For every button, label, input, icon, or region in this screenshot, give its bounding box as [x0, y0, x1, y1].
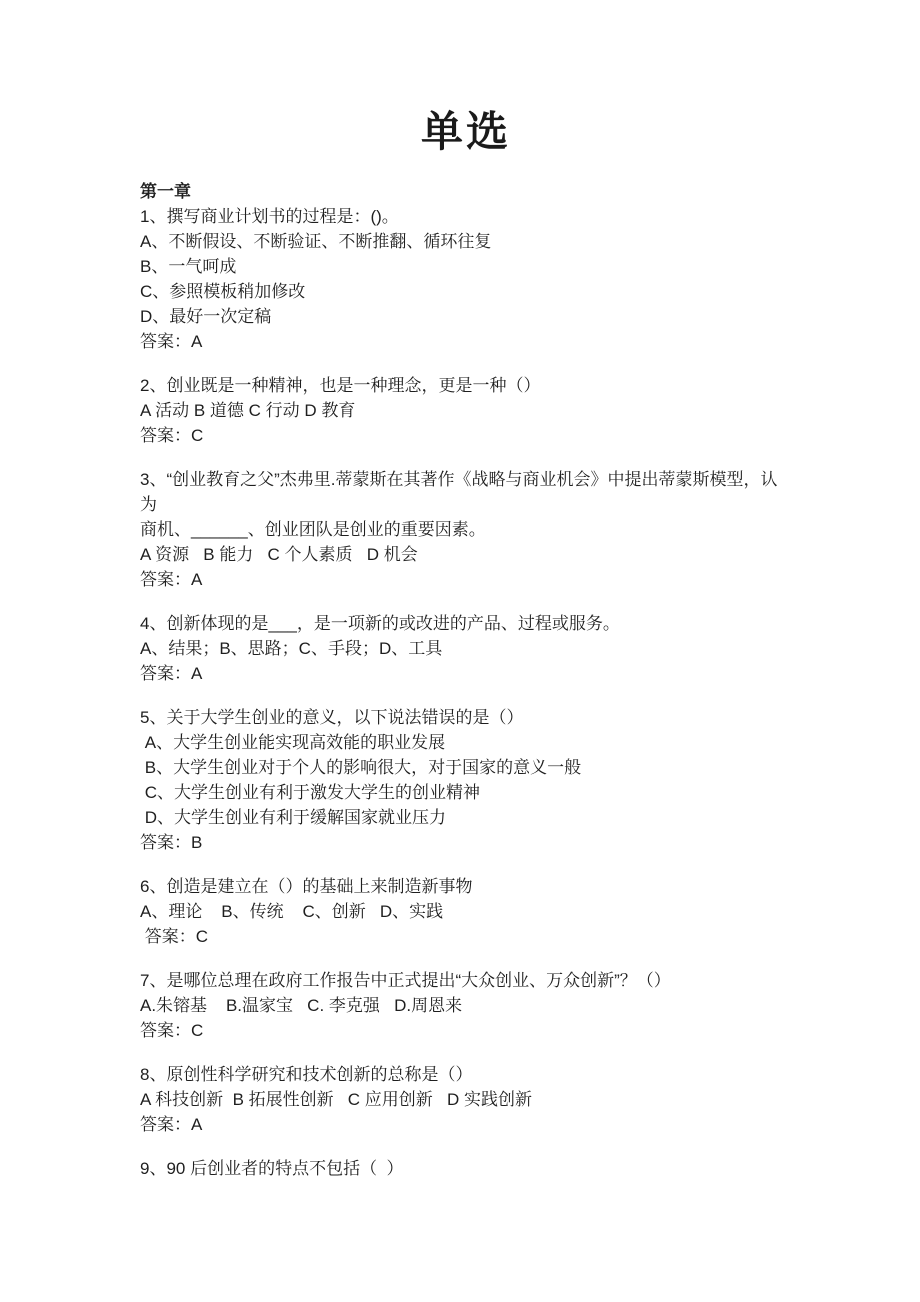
question-stem-line: 4、创新体现的是___，是一项新的或改进的产品、过程或服务。	[140, 611, 792, 636]
question-stem-line: 1、撰写商业计划书的过程是：()。	[140, 204, 792, 229]
question-block: 6、创造是建立在（）的基础上来制造新事物A、理论 B、传统 C、创新 D、实践 …	[140, 874, 792, 949]
answer-line: 答案：A	[140, 661, 792, 686]
chapter-heading: 第一章	[140, 179, 792, 204]
option-line: A、理论 B、传统 C、创新 D、实践	[140, 899, 792, 924]
question-stem-line: 8、原创性科学研究和技术创新的总称是（）	[140, 1062, 792, 1087]
option-line: A.朱镕基 B.温家宝 C. 李克强 D.周恩来	[140, 993, 792, 1018]
option-line: C、参照模板稍加修改	[140, 279, 792, 304]
option-line: B、一气呵成	[140, 254, 792, 279]
question-block: 4、创新体现的是___，是一项新的或改进的产品、过程或服务。A、结果；B、思路；…	[140, 611, 792, 686]
option-line: B、大学生创业对于个人的影响很大，对于国家的意义一般	[140, 755, 792, 780]
answer-line: 答案：A	[140, 329, 792, 354]
answer-line: 答案：C	[140, 924, 792, 949]
question-stem-line: 3、“创业教育之父”杰弗里.蒂蒙斯在其著作《战略与商业机会》中提出蒂蒙斯模型，认…	[140, 467, 792, 517]
question-block: 3、“创业教育之父”杰弗里.蒂蒙斯在其著作《战略与商业机会》中提出蒂蒙斯模型，认…	[140, 467, 792, 592]
question-stem-line: 商机、______、创业团队是创业的重要因素。	[140, 517, 792, 542]
answer-line: 答案：A	[140, 1112, 792, 1137]
option-line: A 活动 B 道德 C 行动 D 教育	[140, 398, 792, 423]
option-line: A、结果；B、思路；C、手段；D、工具	[140, 636, 792, 661]
question-stem-line: 2、创业既是一种精神，也是一种理念，更是一种（）	[140, 373, 792, 398]
question-block: 8、原创性科学研究和技术创新的总称是（）A 科技创新 B 拓展性创新 C 应用创…	[140, 1062, 792, 1137]
answer-line: 答案：C	[140, 423, 792, 448]
option-line: A、不断假设、不断验证、不断推翻、循环往复	[140, 229, 792, 254]
answer-line: 答案：C	[140, 1018, 792, 1043]
option-line: A 资源 B 能力 C 个人素质 D 机会	[140, 542, 792, 567]
question-block: 7、是哪位总理在政府工作报告中正式提出“大众创业、万众创新”？（）A.朱镕基 B…	[140, 968, 792, 1043]
question-stem-line: 5、关于大学生创业的意义，以下说法错误的是（）	[140, 705, 792, 730]
answer-line: 答案：A	[140, 567, 792, 592]
question-block: 1、撰写商业计划书的过程是：()。A、不断假设、不断验证、不断推翻、循环往复B、…	[140, 204, 792, 354]
option-line: D、最好一次定稿	[140, 304, 792, 329]
document-title: 单选	[140, 106, 792, 161]
option-line: D、大学生创业有利于缓解国家就业压力	[140, 805, 792, 830]
question-stem-line: 7、是哪位总理在政府工作报告中正式提出“大众创业、万众创新”？（）	[140, 968, 792, 993]
question-block: 5、关于大学生创业的意义，以下说法错误的是（） A、大学生创业能实现高效能的职业…	[140, 705, 792, 855]
question-block: 9、90 后创业者的特点不包括（ ）	[140, 1156, 792, 1181]
option-line: A、大学生创业能实现高效能的职业发展	[140, 730, 792, 755]
option-line: C、大学生创业有利于激发大学生的创业精神	[140, 780, 792, 805]
question-stem-line: 9、90 后创业者的特点不包括（ ）	[140, 1156, 792, 1181]
document-page: 单选 第一章 1、撰写商业计划书的过程是：()。A、不断假设、不断验证、不断推翻…	[0, 0, 920, 1302]
option-line: A 科技创新 B 拓展性创新 C 应用创新 D 实践创新	[140, 1087, 792, 1112]
answer-line: 答案：B	[140, 830, 792, 855]
question-list: 1、撰写商业计划书的过程是：()。A、不断假设、不断验证、不断推翻、循环往复B、…	[140, 204, 792, 1181]
question-block: 2、创业既是一种精神，也是一种理念，更是一种（）A 活动 B 道德 C 行动 D…	[140, 373, 792, 448]
question-stem-line: 6、创造是建立在（）的基础上来制造新事物	[140, 874, 792, 899]
